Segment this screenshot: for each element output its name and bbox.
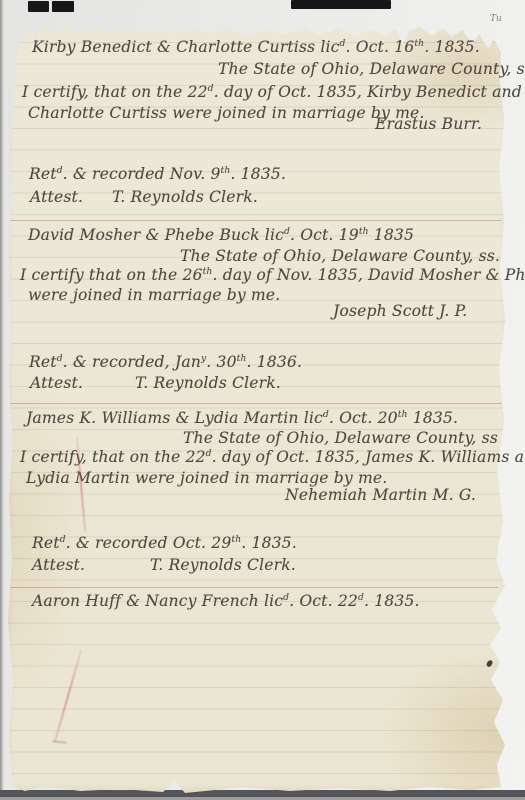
- record-1-clerk: T. Reynolds Clerk.: [112, 189, 258, 206]
- record-2-heading: David Mosher & Phebe Buck licd. Oct. 19t…: [28, 227, 414, 244]
- record-3-attest: Attest.: [32, 557, 85, 574]
- record-3-venue: The State of Ohio, Delaware County, ss: [183, 430, 498, 447]
- record-1-venue: The State of Ohio, Delaware County, ss.: [218, 61, 525, 78]
- record-1-signature: Erastus Burr.: [375, 116, 482, 133]
- pencil-notation: Tu: [490, 14, 502, 24]
- record-3-heading: James K. Williams & Lydia Martin licd. O…: [26, 410, 458, 427]
- record-1-body-2: Charlotte Curtiss were joined in marriag…: [28, 105, 425, 122]
- section-rule-3: [10, 587, 498, 588]
- record-2-return: Retd. & recorded, Jany. 30th. 1836.: [29, 354, 302, 371]
- record-2-body-1: I certify that on the 26th. day of Nov. …: [20, 267, 525, 284]
- record-2-attest: Attest.: [30, 375, 83, 392]
- scanner-left-shadow: [0, 0, 4, 800]
- binder-clip-center: [291, 0, 391, 9]
- record-1-attest: Attest.: [30, 189, 83, 206]
- record-2-venue: The State of Ohio, Delaware County, ss.: [180, 248, 500, 265]
- record-3-signature: Nehemiah Martin M. G.: [285, 487, 476, 504]
- section-rule-1: [10, 220, 502, 221]
- record-2-body-2: were joined in marriage by me.: [28, 287, 280, 304]
- record-1-heading: Kirby Benedict & Charlotte Curtiss licd.…: [32, 39, 480, 56]
- record-3-clerk: T. Reynolds Clerk.: [150, 557, 296, 574]
- record-4-heading: Aaron Huff & Nancy French licd. Oct. 22d…: [32, 593, 420, 610]
- scanner-bottom-edge: [0, 790, 525, 797]
- record-1-body-1: I certify, that on the 22d. day of Oct. …: [22, 84, 522, 101]
- binder-clip-left-2: [52, 1, 74, 12]
- record-3-body-1: I certify, that on the 22d. day of Oct. …: [20, 449, 525, 466]
- record-2-clerk: T. Reynolds Clerk.: [135, 375, 281, 392]
- record-3-return: Retd. & recorded Oct. 29th. 1835.: [32, 535, 297, 552]
- section-rule-2: [10, 403, 502, 404]
- binder-clip-left-1: [28, 1, 49, 12]
- record-2-signature: Joseph Scott J. P.: [333, 303, 467, 320]
- scanned-document-view: Kirby Benedict & Charlotte Curtiss licd.…: [0, 0, 525, 800]
- record-1-return: Retd. & recorded Nov. 9th. 1835.: [29, 166, 286, 183]
